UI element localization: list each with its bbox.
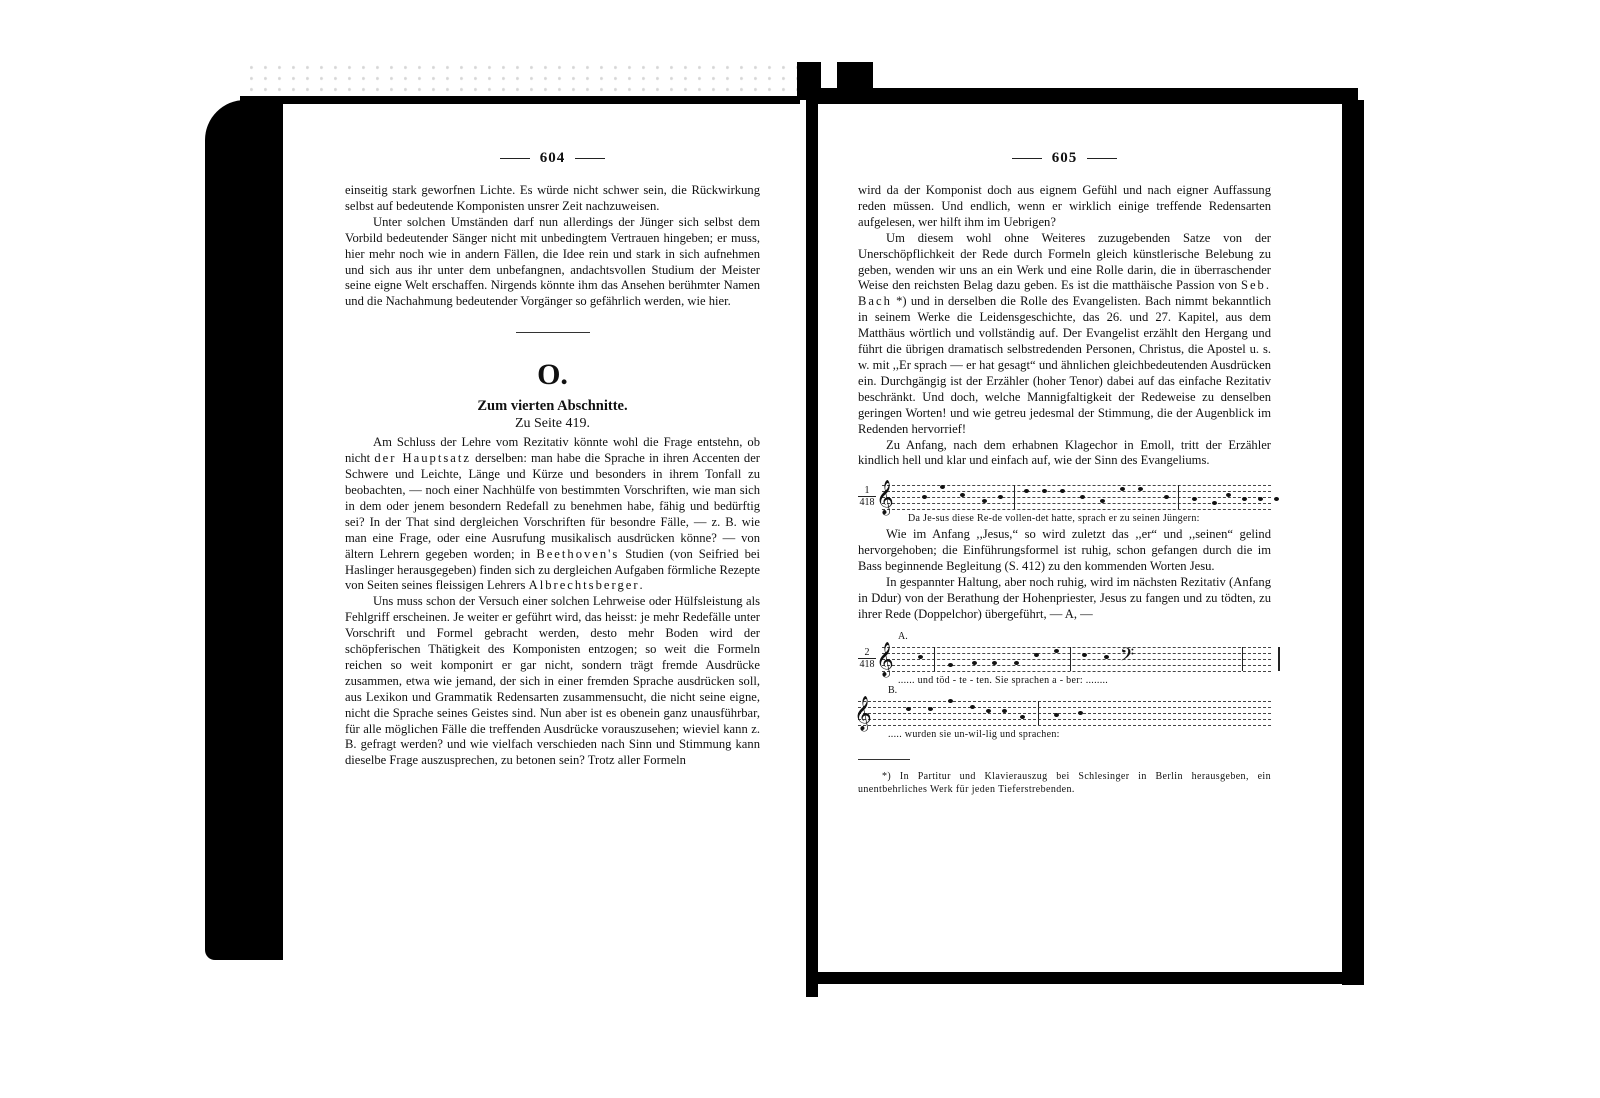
bass-clef-icon: 𝄢	[1120, 643, 1134, 673]
book-edge-top-right	[818, 88, 1358, 104]
footnote: *) In Partitur und Klavierauszug bei Sch…	[858, 770, 1271, 796]
right-page: 605 wird da der Komponist doch aus eigne…	[858, 150, 1271, 796]
book-gutter	[806, 62, 818, 997]
treble-clef-icon: 𝄞	[876, 483, 894, 513]
treble-clef-icon: 𝄞	[876, 645, 894, 675]
example-label: B.	[888, 685, 897, 696]
paragraph: Am Schluss der Lehre vom Rezitativ könnt…	[345, 435, 760, 594]
paragraph: wird da der Komponist doch aus eignem Ge…	[858, 183, 1271, 231]
music-staff: 𝄞 𝄢	[882, 647, 1271, 671]
footnote-rule	[858, 759, 910, 760]
book-edge-right	[1342, 100, 1364, 985]
paragraph: Zu Anfang, nach dem erhabnen Klagechor i…	[858, 438, 1271, 470]
emphasis-spaced: Beethoven's	[536, 547, 619, 561]
section-subtitle: Zu Seite 419.	[345, 415, 760, 433]
music-lyrics: Da Je-sus diese Re-de vollen-det hatte, …	[908, 513, 1200, 524]
music-example-2b: B. 𝄞 ..... wurden sie un-wil-lig und spr…	[858, 695, 1271, 739]
section-divider	[516, 332, 590, 333]
paragraph: einseitig stark geworfnen Lichte. Es wür…	[345, 183, 760, 215]
emphasis-spaced: Albrechtsberger	[529, 578, 640, 592]
section-letter: O.	[345, 359, 760, 391]
example-number: 1 418	[858, 485, 876, 508]
scan-noise	[250, 62, 800, 96]
music-staff: 𝄞	[858, 701, 1271, 725]
book-edge-top-left	[240, 96, 800, 104]
music-lyrics: ...... und töd - te - ten. Sie sprachen …	[898, 675, 1108, 686]
music-example-2a: A. 2 418 𝄞 𝄢 ...... und töd - te - ten. …	[858, 641, 1271, 685]
music-staff: 𝄞	[882, 485, 1271, 509]
page-number: 605	[858, 150, 1271, 167]
paragraph: Unter solchen Umständen darf nun allerdi…	[345, 215, 760, 310]
paragraph: Wie im Anfang ,,Jesus,“ so wird zuletzt …	[858, 527, 1271, 575]
left-page: 604 einseitig stark geworfnen Lichte. Es…	[345, 150, 760, 769]
book-edge-bottom-right	[818, 972, 1358, 984]
paragraph: Uns muss schon der Versuch einer solchen…	[345, 594, 760, 769]
emphasis-spaced: der Hauptsatz	[374, 451, 471, 465]
section-title: Zum vierten Abschnitte.	[345, 397, 760, 415]
book-edge-left	[205, 100, 283, 960]
example-label: A.	[898, 631, 908, 642]
music-example-1: 1 418 𝄞 Da Je-sus diese Re-de vollen-det…	[858, 479, 1271, 523]
example-number: 2 418	[858, 647, 876, 670]
treble-clef-icon: 𝄞	[854, 699, 872, 729]
page-number: 604	[345, 150, 760, 167]
paragraph: Um diesem wohl ohne Weiteres zuzugebende…	[858, 231, 1271, 438]
music-lyrics: ..... wurden sie un-wil-lig und sprachen…	[888, 729, 1060, 740]
paragraph: In gespannter Haltung, aber noch ruhig, …	[858, 575, 1271, 623]
